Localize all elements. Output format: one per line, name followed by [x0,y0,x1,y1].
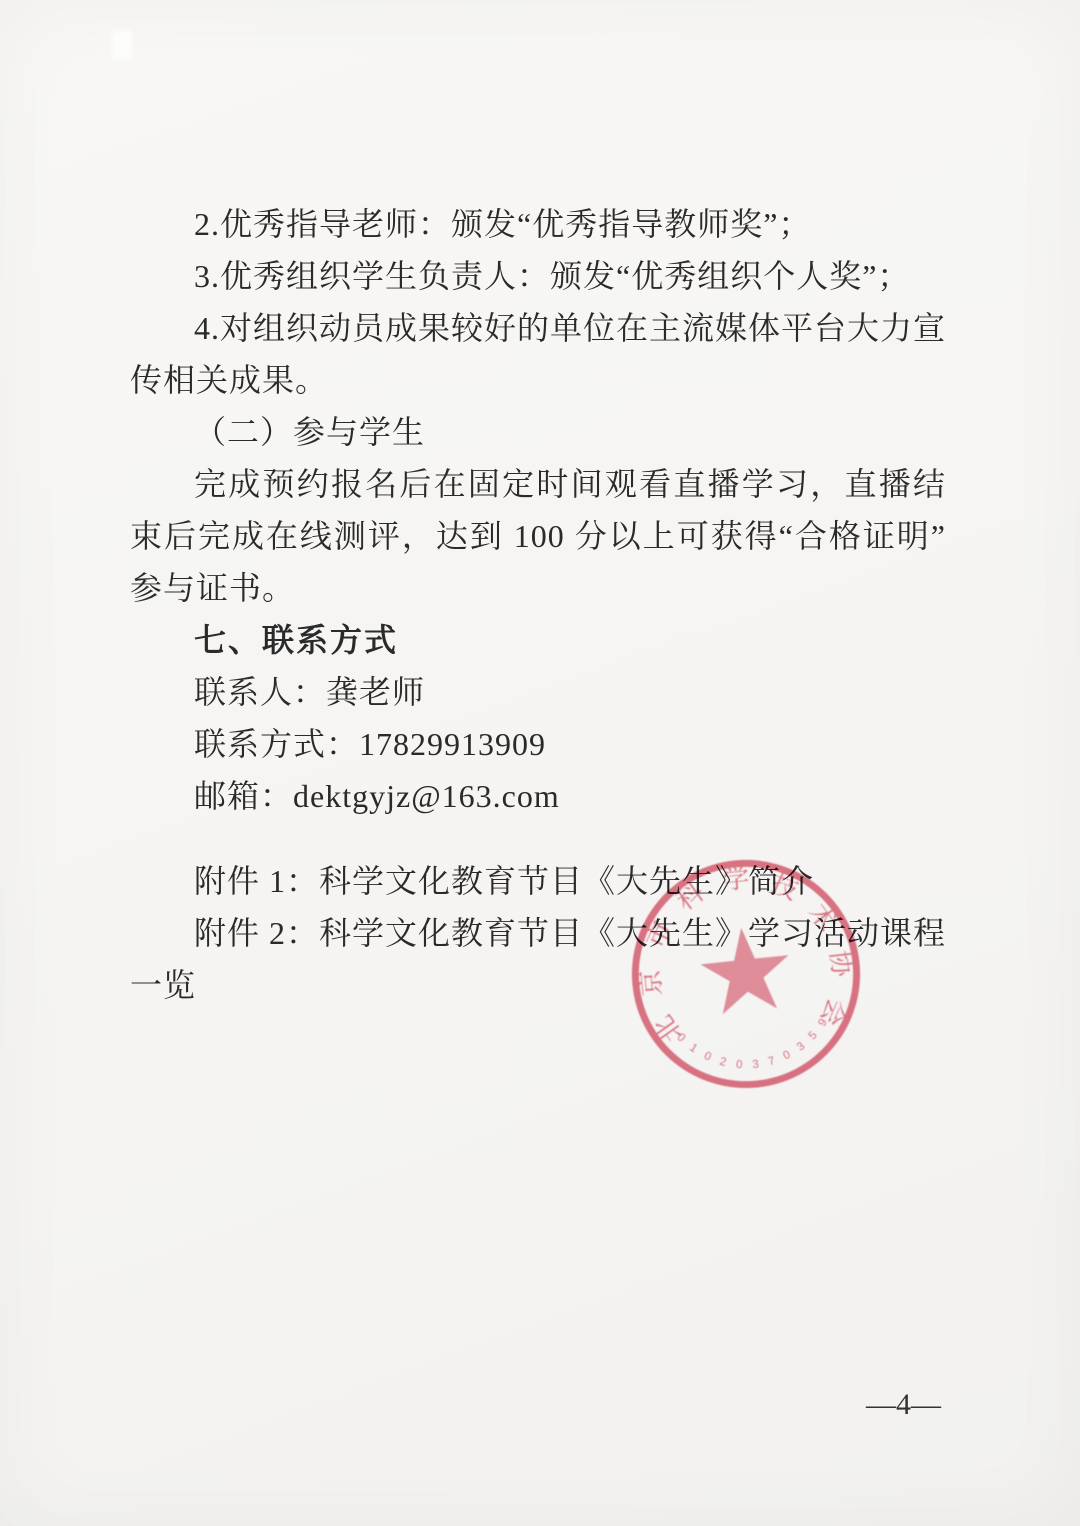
heading-contact-info: 七、联系方式 [130,614,946,666]
seal-graphic: 北京市科学技术协会 01020370359 [619,847,874,1102]
star-icon [697,923,794,1016]
subheading-participating-students: （二）参与学生 [130,406,946,458]
document-page: 2.优秀指导老师：颁发“优秀指导教师奖”； 3.优秀组织学生负责人：颁发“优秀组… [0,0,1080,1526]
contact-email-line: 邮箱：dektgyjz@163.com [130,770,946,822]
contact-person-line: 联系人：龚老师 [130,666,946,718]
contact-phone-line: 联系方式：17829913909 [130,718,946,770]
paragraph-students-detail: 完成预约报名后在固定时间观看直播学习，直播结束后完成在线测评，达到 100 分以… [130,458,946,614]
seal-serial-number: 01020370359 [673,1015,834,1079]
paragraph-award-promotion: 4.对组织动员成果较好的单位在主流媒体平台大力宣传相关成果。 [130,302,946,406]
official-seal: 北京市科学技术协会 01020370359 [619,847,874,1102]
scan-artifact [112,30,132,60]
paragraph-award-organizer: 3.优秀组织学生负责人：颁发“优秀组织个人奖”； [130,250,946,302]
page-number: —4— [866,1388,941,1422]
paragraph-award-teacher: 2.优秀指导老师：颁发“优秀指导教师奖”； [130,198,946,250]
